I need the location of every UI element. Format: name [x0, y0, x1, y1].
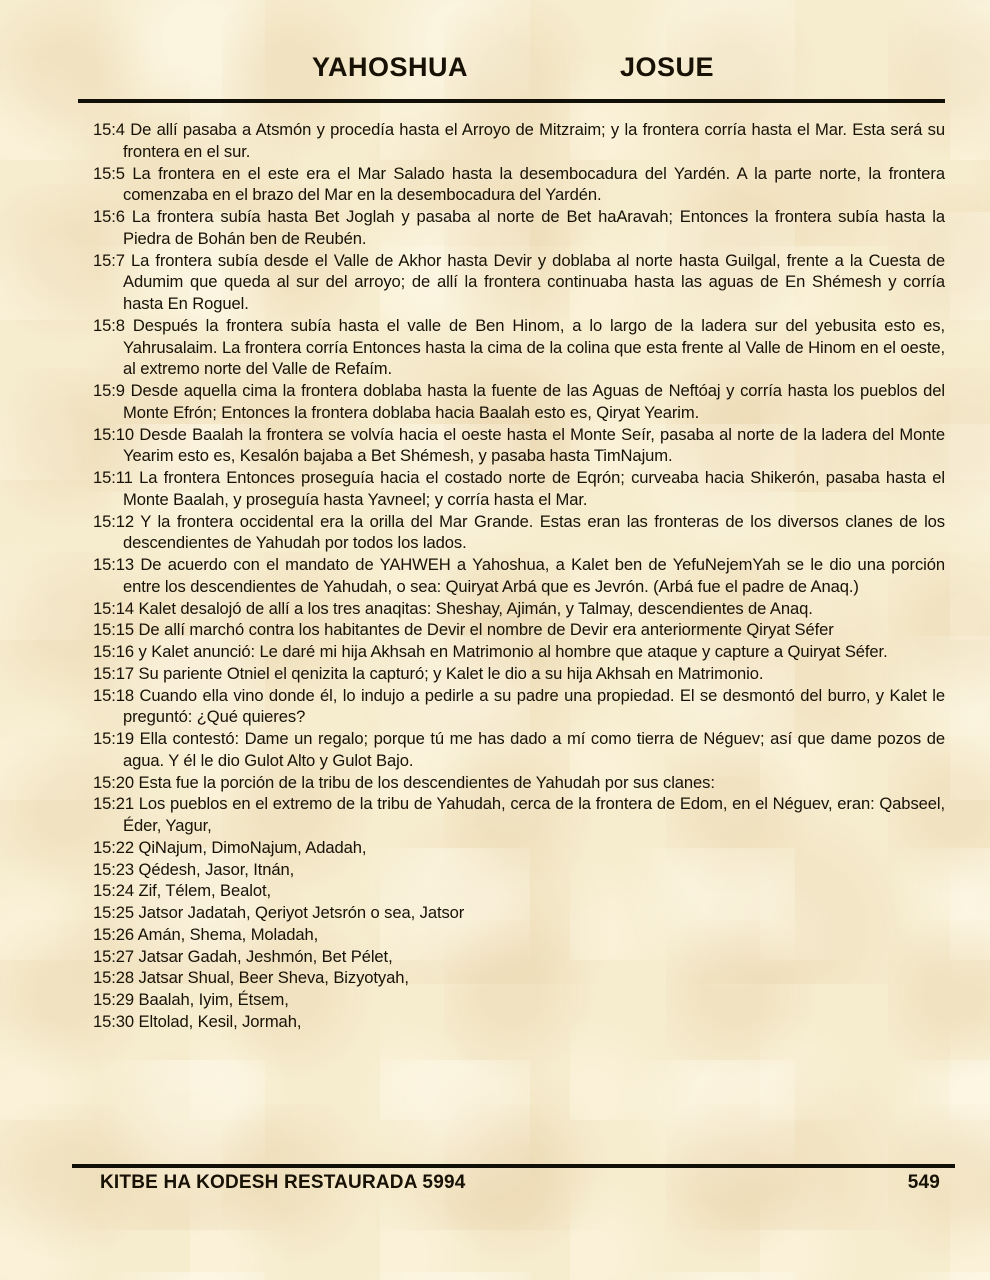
- verse-number: 15:14: [93, 599, 134, 618]
- verse-number: 15:21: [93, 794, 134, 813]
- verse-number: 15:16: [93, 642, 134, 661]
- header-rule: [78, 99, 945, 103]
- verse-number: 15:26: [93, 925, 134, 944]
- verse-15-13: 15:13 De acuerdo con el mandato de YAHWE…: [93, 554, 945, 598]
- verse-15-11: 15:11 La frontera Entonces proseguía hac…: [93, 467, 945, 511]
- verse-number: 15:13: [93, 555, 134, 574]
- verse-number: 15:19: [93, 729, 134, 748]
- verse-number: 15:23: [93, 860, 134, 879]
- verse-15-9: 15:9 Desde aquella cima la frontera dobl…: [93, 380, 945, 424]
- verse-number: 15:25: [93, 903, 134, 922]
- verse-15-7: 15:7 La frontera subía desde el Valle de…: [93, 250, 945, 315]
- verse-15-17: 15:17 Su pariente Otniel el qenizita la …: [93, 663, 945, 685]
- page-footer: KITBE HA KODESH RESTAURADA 5994 549: [100, 1172, 940, 1194]
- verse-15-28: 15:28 Jatsar Shual, Beer Sheva, Bizyotya…: [93, 967, 945, 989]
- verse-15-12: 15:12 Y la frontera occidental era la or…: [93, 511, 945, 555]
- verse-number: 15:8: [93, 316, 125, 335]
- verse-15-8: 15:8 Después la frontera subía hasta el …: [93, 315, 945, 380]
- footer-rule: [72, 1164, 955, 1168]
- verse-number: 15:18: [93, 686, 134, 705]
- footer-page-number: 549: [908, 1172, 940, 1194]
- verse-15-19: 15:19 Ella contestó: Dame un regalo; por…: [93, 728, 945, 772]
- verse-number: 15:28: [93, 968, 134, 987]
- verse-15-24: 15:24 Zif, Télem, Bealot,: [93, 880, 945, 902]
- verse-number: 15:24: [93, 881, 134, 900]
- verse-number: 15:5: [93, 164, 125, 183]
- verse-15-20: 15:20 Esta fue la porción de la tribu de…: [93, 772, 945, 794]
- verse-number: 15:11: [93, 468, 133, 487]
- verse-number: 15:9: [93, 381, 125, 400]
- verse-number: 15:4: [93, 120, 125, 139]
- verse-15-21: 15:21 Los pueblos en el extremo de la tr…: [93, 793, 945, 837]
- verse-15-25: 15:25 Jatsor Jadatah, Qeriyot Jetsrón o …: [93, 902, 945, 924]
- verse-15-23: 15:23 Qédesh, Jasor, Itnán,: [93, 859, 945, 881]
- verse-15-22: 15:22 QiNajum, DimoNajum, Adadah,: [93, 837, 945, 859]
- verse-number: 15:30: [93, 1012, 134, 1031]
- verse-15-14: 15:14 Kalet desalojó de allí a los tres …: [93, 598, 945, 620]
- verse-15-6: 15:6 La frontera subía hasta Bet Joglah …: [93, 206, 945, 250]
- verse-number: 15:17: [93, 664, 134, 683]
- verse-list: 15:4 De allí pasaba a Atsmón y procedía …: [93, 119, 945, 1033]
- verse-number: 15:6: [93, 207, 125, 226]
- verse-15-26: 15:26 Amán, Shema, Moladah,: [93, 924, 945, 946]
- scripture-page: YAHOSHUA JOSUE 15:4 De allí pasaba a Ats…: [0, 0, 990, 1280]
- verse-number: 15:20: [93, 773, 134, 792]
- footer-edition-label: KITBE HA KODESH RESTAURADA 5994: [100, 1172, 466, 1194]
- verse-15-27: 15:27 Jatsar Gadah, Jeshmón, Bet Pélet,: [93, 946, 945, 968]
- verse-15-16: 15:16 y Kalet anunció: Le daré mi hija A…: [93, 641, 945, 663]
- verse-15-29: 15:29 Baalah, Iyim, Étsem,: [93, 989, 945, 1011]
- verse-number: 15:15: [93, 620, 134, 639]
- verse-15-30: 15:30 Eltolad, Kesil, Jormah,: [93, 1011, 945, 1033]
- page-title-hebrew: YAHOSHUA: [312, 52, 468, 83]
- verse-15-4: 15:4 De allí pasaba a Atsmón y procedía …: [93, 119, 945, 163]
- page-title-spanish: JOSUE: [620, 52, 714, 83]
- verse-number: 15:22: [93, 838, 134, 857]
- verse-number: 15:10: [93, 425, 134, 444]
- verse-number: 15:27: [93, 947, 134, 966]
- verse-15-15: 15:15 De allí marchó contra los habitant…: [93, 619, 945, 641]
- verse-number: 15:7: [93, 251, 125, 270]
- verse-15-5: 15:5 La frontera en el este era el Mar S…: [93, 163, 945, 207]
- verse-15-10: 15:10 Desde Baalah la frontera se volvía…: [93, 424, 945, 468]
- verse-number: 15:29: [93, 990, 134, 1009]
- verse-number: 15:12: [93, 512, 134, 531]
- verse-15-18: 15:18 Cuando ella vino donde él, lo indu…: [93, 685, 945, 729]
